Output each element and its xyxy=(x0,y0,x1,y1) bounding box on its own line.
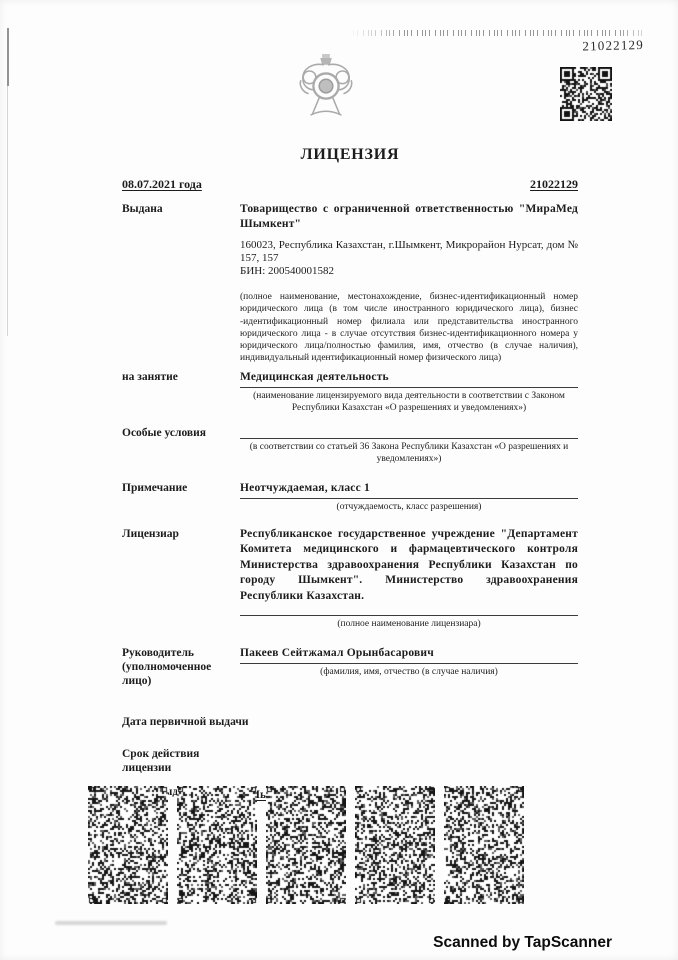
field-label: Руководитель (уполномоченное лицо) xyxy=(122,646,240,688)
field-caption: (в соответствии со статьей 36 Закона Рес… xyxy=(240,441,578,465)
field-label: на занятие xyxy=(122,370,240,384)
top-barcode-strip xyxy=(350,30,642,36)
tapscanner-watermark: Scanned by TapScanner xyxy=(433,934,612,952)
field-caption: (полное наименование, местонахождение, б… xyxy=(240,291,578,365)
scan-smudge-artifact xyxy=(55,921,167,925)
remark-value: Неотчуждаемая, класс 1 xyxy=(240,481,578,496)
barcode-block-5 xyxy=(444,786,524,904)
barcode-block-3 xyxy=(266,786,346,904)
qr-code xyxy=(560,67,612,121)
scanned-license-document: 21022129 ЛИЦЕНЗИЯ 08.07. xyxy=(0,0,678,960)
field-label: Лицензиар xyxy=(122,527,240,541)
field-label-line2: лицензии xyxy=(122,761,240,775)
field-caption: (наименование лицензируемого вида деятел… xyxy=(240,390,578,414)
kazakhstan-emblem-icon xyxy=(295,53,357,126)
field-underline xyxy=(240,615,578,616)
field-label: Срок действия лицензии xyxy=(122,747,240,775)
barcode-stamp-strip xyxy=(88,786,524,904)
field-label-line1: Срок действия xyxy=(122,747,240,761)
activity-value: Медицинская деятельность xyxy=(240,370,578,385)
field-row-first-issue-date: Дата первичной выдачи xyxy=(122,715,578,729)
scan-edge-artifact xyxy=(7,86,8,336)
field-underline xyxy=(240,438,578,439)
barcode-block-1 xyxy=(88,786,168,904)
field-label-line1: Руководитель xyxy=(122,646,240,660)
field-underline xyxy=(240,498,578,499)
document-number-top: 21022129 xyxy=(562,37,644,55)
field-label: Примечание xyxy=(122,481,240,495)
field-row-issued-to: Выдана Товарищество с ограниченной ответ… xyxy=(122,202,578,365)
issue-date-row: 08.07.2021 года 21022129 xyxy=(122,177,578,192)
field-row-licensor: Лицензиар Республиканское государственно… xyxy=(122,527,578,631)
company-bin: БИН: 200540001582 xyxy=(240,265,578,278)
field-row-remark: Примечание Неотчуждаемая, класс 1 (отчуж… xyxy=(122,481,578,513)
empty-value xyxy=(240,426,578,438)
company-address: 160023, Республика Казахстан, г.Шымкент,… xyxy=(240,239,578,265)
field-underline xyxy=(240,387,578,388)
field-row-head: Руководитель (уполномоченное лицо) Пакее… xyxy=(122,646,578,688)
barcode-block-2 xyxy=(177,786,257,904)
field-row-special-conditions: Особые условия (в соответствии со статье… xyxy=(122,426,578,465)
document-body: ЛИЦЕНЗИЯ 08.07.2021 года 21022129 Выдана… xyxy=(122,146,578,803)
scan-edge-artifact xyxy=(7,28,9,86)
field-label-line2: (уполномоченное лицо) xyxy=(122,660,240,688)
document-title: ЛИЦЕНЗИЯ xyxy=(122,146,578,164)
barcode-block-4 xyxy=(355,786,435,904)
issue-date: 08.07.2021 года xyxy=(122,177,202,192)
field-row-validity: Срок действия лицензии xyxy=(122,747,578,775)
licensor-value: Республиканское государственное учрежден… xyxy=(240,527,578,605)
field-label: Особые условия xyxy=(122,426,240,440)
field-label: Выдана xyxy=(122,202,240,216)
field-caption: (фамилия, имя, отчество (в случае наличи… xyxy=(240,666,578,678)
field-underline xyxy=(240,663,578,664)
field-caption: (отчуждаемость, класс разрешения) xyxy=(240,501,578,513)
company-name: Товарищество с ограниченной ответственно… xyxy=(240,202,578,231)
field-caption: (полное наименование лицензиара) xyxy=(240,618,578,630)
field-row-activity: на занятие Медицинская деятельность (наи… xyxy=(122,370,578,415)
license-number: 21022129 xyxy=(530,177,578,192)
field-label: Дата первичной выдачи xyxy=(122,715,322,729)
head-name: Пакеев Сейтжамал Орынбасарович xyxy=(240,646,578,661)
